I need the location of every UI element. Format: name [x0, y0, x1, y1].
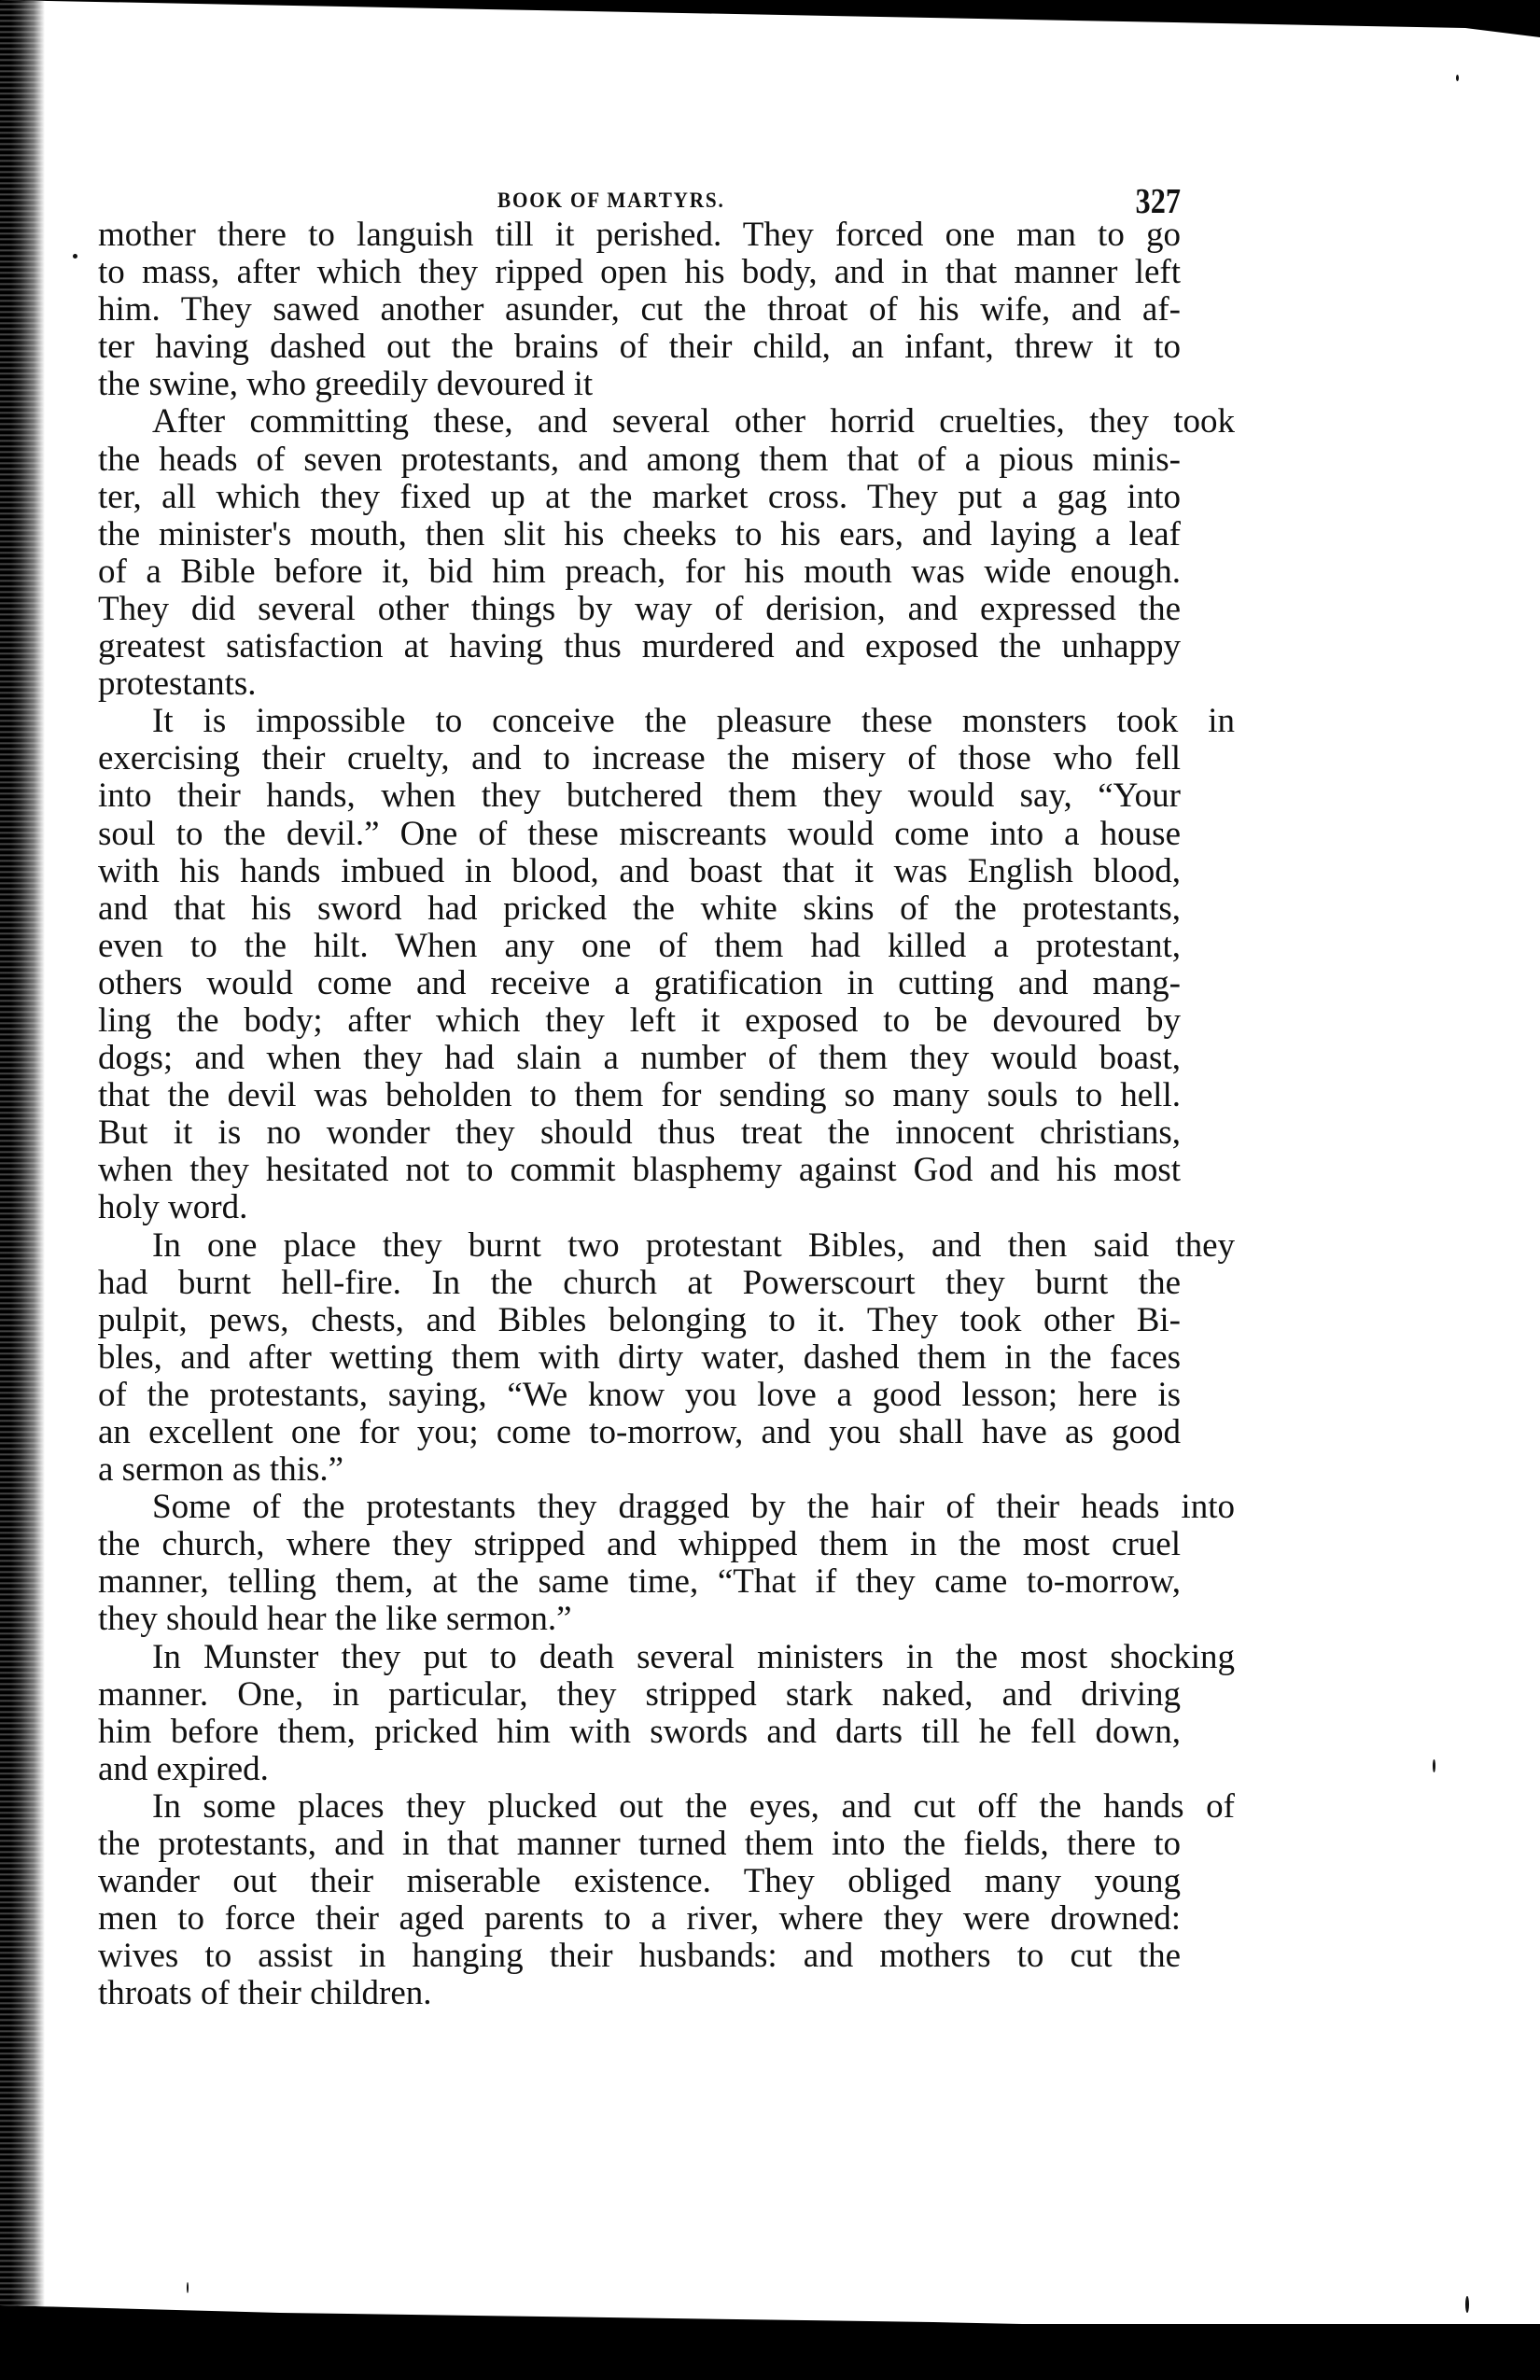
text-line: throats of their children. [98, 1975, 1181, 2012]
text-line: manner. One, in particular, they strippe… [98, 1676, 1181, 1714]
paragraph: In one place they burnt two protestant B… [98, 1227, 1181, 1490]
text-line: holy word. [98, 1189, 1181, 1226]
text-line: In one place they burnt two protestant B… [98, 1227, 1235, 1265]
text-line: In some places they plucked out the eyes… [98, 1788, 1235, 1826]
text-line: him. They sawed another asunder, cut the… [98, 291, 1181, 329]
text-line: greatest satisfaction at having thus mur… [98, 628, 1181, 665]
text-line: men to force their aged parents to a riv… [98, 1900, 1181, 1938]
text-line: to mass, after which they ripped open hi… [98, 254, 1181, 291]
margin-speck [1456, 75, 1459, 81]
text-line: of the protestants, saying, “We know you… [98, 1377, 1181, 1414]
text-line: the minister's mouth, then slit his chee… [98, 516, 1181, 553]
text-line: They did several other things by way of … [98, 591, 1181, 628]
text-line: dogs; and when they had slain a number o… [98, 1040, 1181, 1077]
margin-speck [1465, 2296, 1469, 2313]
text-line: others would come and receive a gratific… [98, 965, 1181, 1002]
text-line: ling the body; after which they left it … [98, 1002, 1181, 1040]
paragraph: After committing these, and several othe… [98, 403, 1181, 703]
running-title: BOOK OF MARTYRS. [497, 189, 725, 213]
margin-speck [73, 254, 77, 259]
text-line: him before them, pricked him with swords… [98, 1714, 1181, 1751]
text-line: ter, all which they fixed up at the mark… [98, 479, 1181, 516]
text-line: into their hands, when they butchered th… [98, 777, 1181, 815]
text-line: with his hands imbued in blood, and boas… [98, 853, 1181, 890]
scanned-book-page: BOOK OF MARTYRS. 327 mother there to lan… [0, 0, 1540, 2380]
text-line: wives to assist in hanging their husband… [98, 1938, 1181, 1975]
text-line: But it is no wonder they should thus tre… [98, 1114, 1181, 1152]
body-text: mother there to languish till it perishe… [98, 217, 1181, 2013]
paragraph: mother there to languish till it perishe… [98, 217, 1181, 403]
text-line: soul to the devil.” One of these miscrea… [98, 816, 1181, 853]
text-line: a sermon as this.” [98, 1451, 1181, 1489]
text-line: pulpit, pews, chests, and Bibles belongi… [98, 1302, 1181, 1339]
text-line: an excellent one for you; come to-morrow… [98, 1414, 1181, 1451]
text-line: Some of the protestants they dragged by … [98, 1489, 1235, 1526]
text-line: the church, where they stripped and whip… [98, 1526, 1181, 1563]
text-line: It is impossible to conceive the pleasur… [98, 703, 1235, 740]
text-line: wander out their miserable existence. Th… [98, 1863, 1181, 1900]
text-line: protestants. [98, 665, 1181, 703]
text-line: manner, telling them, at the same time, … [98, 1563, 1181, 1601]
text-line: and expired. [98, 1751, 1181, 1788]
text-line: After committing these, and several othe… [98, 403, 1235, 441]
paragraph: Some of the protestants they dragged by … [98, 1489, 1181, 1638]
text-line: they should hear the like sermon.” [98, 1601, 1181, 1638]
text-line: In Munster they put to death several min… [98, 1639, 1235, 1676]
book-binding-edge [0, 0, 56, 2380]
text-line: ter having dashed out the brains of thei… [98, 329, 1181, 366]
text-line: mother there to languish till it perishe… [98, 217, 1181, 254]
text-line: the heads of seven protestants, and amon… [98, 441, 1181, 479]
text-line: bles, and after wetting them with dirty … [98, 1339, 1181, 1377]
running-head: BOOK OF MARTYRS. 327 [98, 183, 1181, 220]
text-line: even to the hilt. When any one of them h… [98, 928, 1181, 965]
paragraph: In some places they plucked out the eyes… [98, 1788, 1181, 2013]
paragraph: It is impossible to conceive the pleasur… [98, 703, 1181, 1226]
text-line: had burnt hell-fire. In the church at Po… [98, 1265, 1181, 1302]
text-line: exercising their cruelty, and to increas… [98, 740, 1181, 777]
text-line: the swine, who greedily devoured it [98, 366, 1181, 403]
paragraph: In Munster they put to death several min… [98, 1639, 1181, 1788]
scanner-bed-edge [0, 2324, 1540, 2380]
text-line: that the devil was beholden to them for … [98, 1077, 1181, 1114]
margin-speck [1433, 1759, 1435, 1772]
text-line: the protestants, and in that manner turn… [98, 1826, 1181, 1863]
margin-speck [187, 2282, 189, 2293]
text-line: when they hesitated not to commit blasph… [98, 1152, 1181, 1189]
text-line: and that his sword had pricked the white… [98, 890, 1181, 928]
text-line: of a Bible before it, bid him preach, fo… [98, 553, 1181, 591]
